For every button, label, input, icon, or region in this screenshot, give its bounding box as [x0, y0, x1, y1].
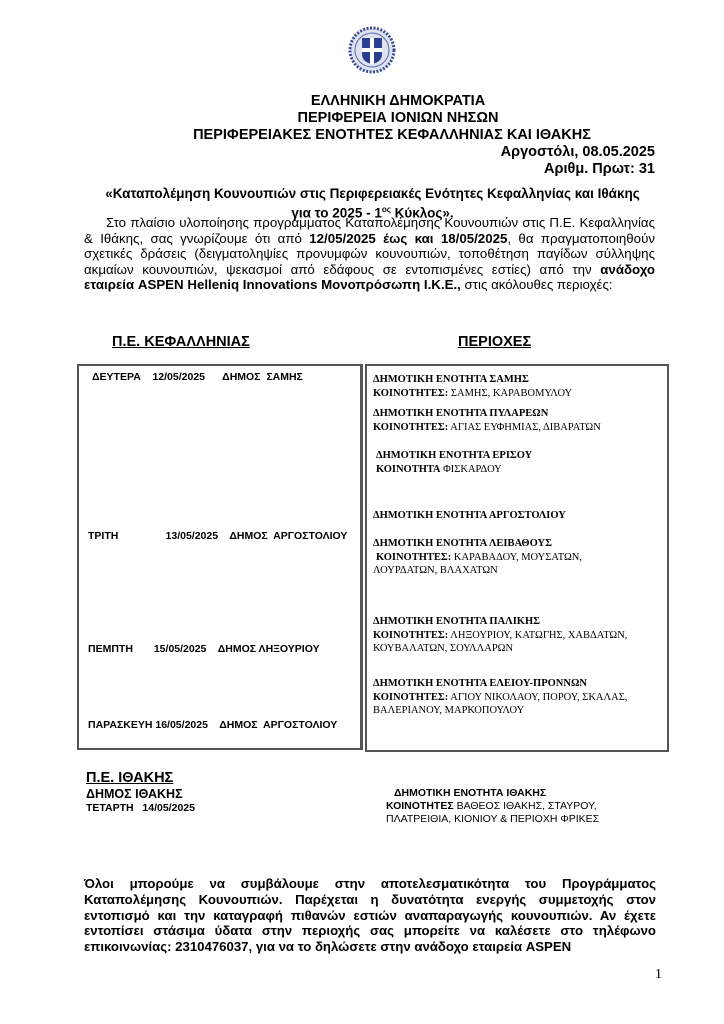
- header-region: ΠΕΡΙΦΕΡΕΙΑ ΙΟΝΙΩΝ ΝΗΣΩΝ: [36, 110, 724, 127]
- schedule-row: ΠΑΡΑΣΚΕΥΗ 16/05/2025 ΔΗΜΟΣ ΑΡΓΟΣΤΟΛΙΟΥ: [88, 719, 337, 731]
- section-heading-areas: ΠΕΡΙΟΧΕΣ: [458, 334, 531, 350]
- greek-coat-of-arms-icon: [348, 26, 396, 74]
- schedule-box: [77, 364, 363, 750]
- ithaki-areas: ΔΗΜΟΤΙΚΗ ΕΝΟΤΗΤΑ ΙΘΑΚΗΣ ΚΟΙΝΟΤΗΤΕΣ ΒΑΘΕΟ…: [386, 787, 599, 826]
- area-item: ΔΗΜΟΤΙΚΗ ΕΝΟΤΗΤΑ ΕΡΙΣΟΥΚΟΙΝΟΤΗΤΑ ΦΙΣΚΑΡΔ…: [376, 449, 666, 476]
- closing-paragraph: Όλοι μπορούμε να συμβάλουμε στην αποτελε…: [84, 876, 656, 955]
- ithaki-schedule: ΤΕΤΑΡΤΗ 14/05/2025: [86, 802, 195, 814]
- document-date: Αργοστόλι, 08.05.2025: [501, 144, 655, 160]
- area-item: ΔΗΜΟΤΙΚΗ ΕΝΟΤΗΤΑ ΣΑΜΗΣΚΟΙΝΟΤΗΤΕΣ: ΣΑΜΗΣ,…: [373, 373, 663, 400]
- section-heading-kefallinia: Π.Ε. ΚΕΦΑΛΛΗΝΙΑΣ: [112, 334, 250, 350]
- schedule-row: ΠΕΜΠΤΗ 15/05/2025 ΔΗΜΟΣ ΛΗΞΟΥΡΙΟΥ: [88, 643, 320, 655]
- header-units: ΠΕΡΙΦΕΡΕΙΑΚΕΣ ΕΝΟΤΗΤΕΣ ΚΕΦΑΛΛΗΝΙΑΣ ΚΑΙ Ι…: [30, 127, 724, 144]
- ithaki-municipality: ΔΗΜΟΣ ΙΘΑΚΗΣ: [86, 787, 183, 801]
- page-number: 1: [655, 967, 662, 983]
- header-country: ΕΛΛΗΝΙΚΗ ΔΗΜΟΚΡΑΤΙΑ: [36, 93, 724, 110]
- intro-paragraph: Στο πλαίσιο υλοποίησης προγράμματος Κατα…: [84, 215, 655, 293]
- area-item: ΔΗΜΟΤΙΚΗ ΕΝΟΤΗΤΑ ΠΥΛΑΡΕΩΝΚΟΙΝΟΤΗΤΕΣ: ΑΓΙ…: [373, 407, 663, 434]
- area-item: ΔΗΜΟΤΙΚΗ ΕΝΟΤΗΤΑ ΛΕΙΒΑΘΟΥΣΚΟΙΝΟΤΗΤΕΣ: ΚΑ…: [373, 537, 633, 578]
- protocol-number: Αριθμ. Πρωτ: 31: [544, 161, 655, 177]
- section-heading-ithaki: Π.Ε. ΙΘΑΚΗΣ: [86, 770, 173, 786]
- schedule-row: ΤΡΙΤΗ 13/05/2025 ΔΗΜΟΣ ΑΡΓΟΣΤΟΛΙΟΥ: [88, 530, 347, 542]
- subject-line-1: «Καταπολέμηση Κουνουπιών στις Περιφερεια…: [90, 186, 655, 202]
- schedule-row: ΔΕΥΤΕΡΑ 12/05/2025 ΔΗΜΟΣ ΣΑΜΗΣ: [92, 371, 303, 383]
- area-item: ΔΗΜΟΤΙΚΗ ΕΝΟΤΗΤΑ ΑΡΓΟΣΤΟΛΙΟΥ: [373, 509, 663, 523]
- area-item: ΔΗΜΟΤΙΚΗ ΕΝΟΤΗΤΑ ΕΛΕΙΟΥ-ΠΡΟΝΝΩΝΚΟΙΝΟΤΗΤΕ…: [373, 677, 663, 718]
- area-item: ΔΗΜΟΤΙΚΗ ΕΝΟΤΗΤΑ ΠΑΛΙΚΗΣΚΟΙΝΟΤΗΤΕΣ: ΛΗΞΟ…: [373, 615, 663, 656]
